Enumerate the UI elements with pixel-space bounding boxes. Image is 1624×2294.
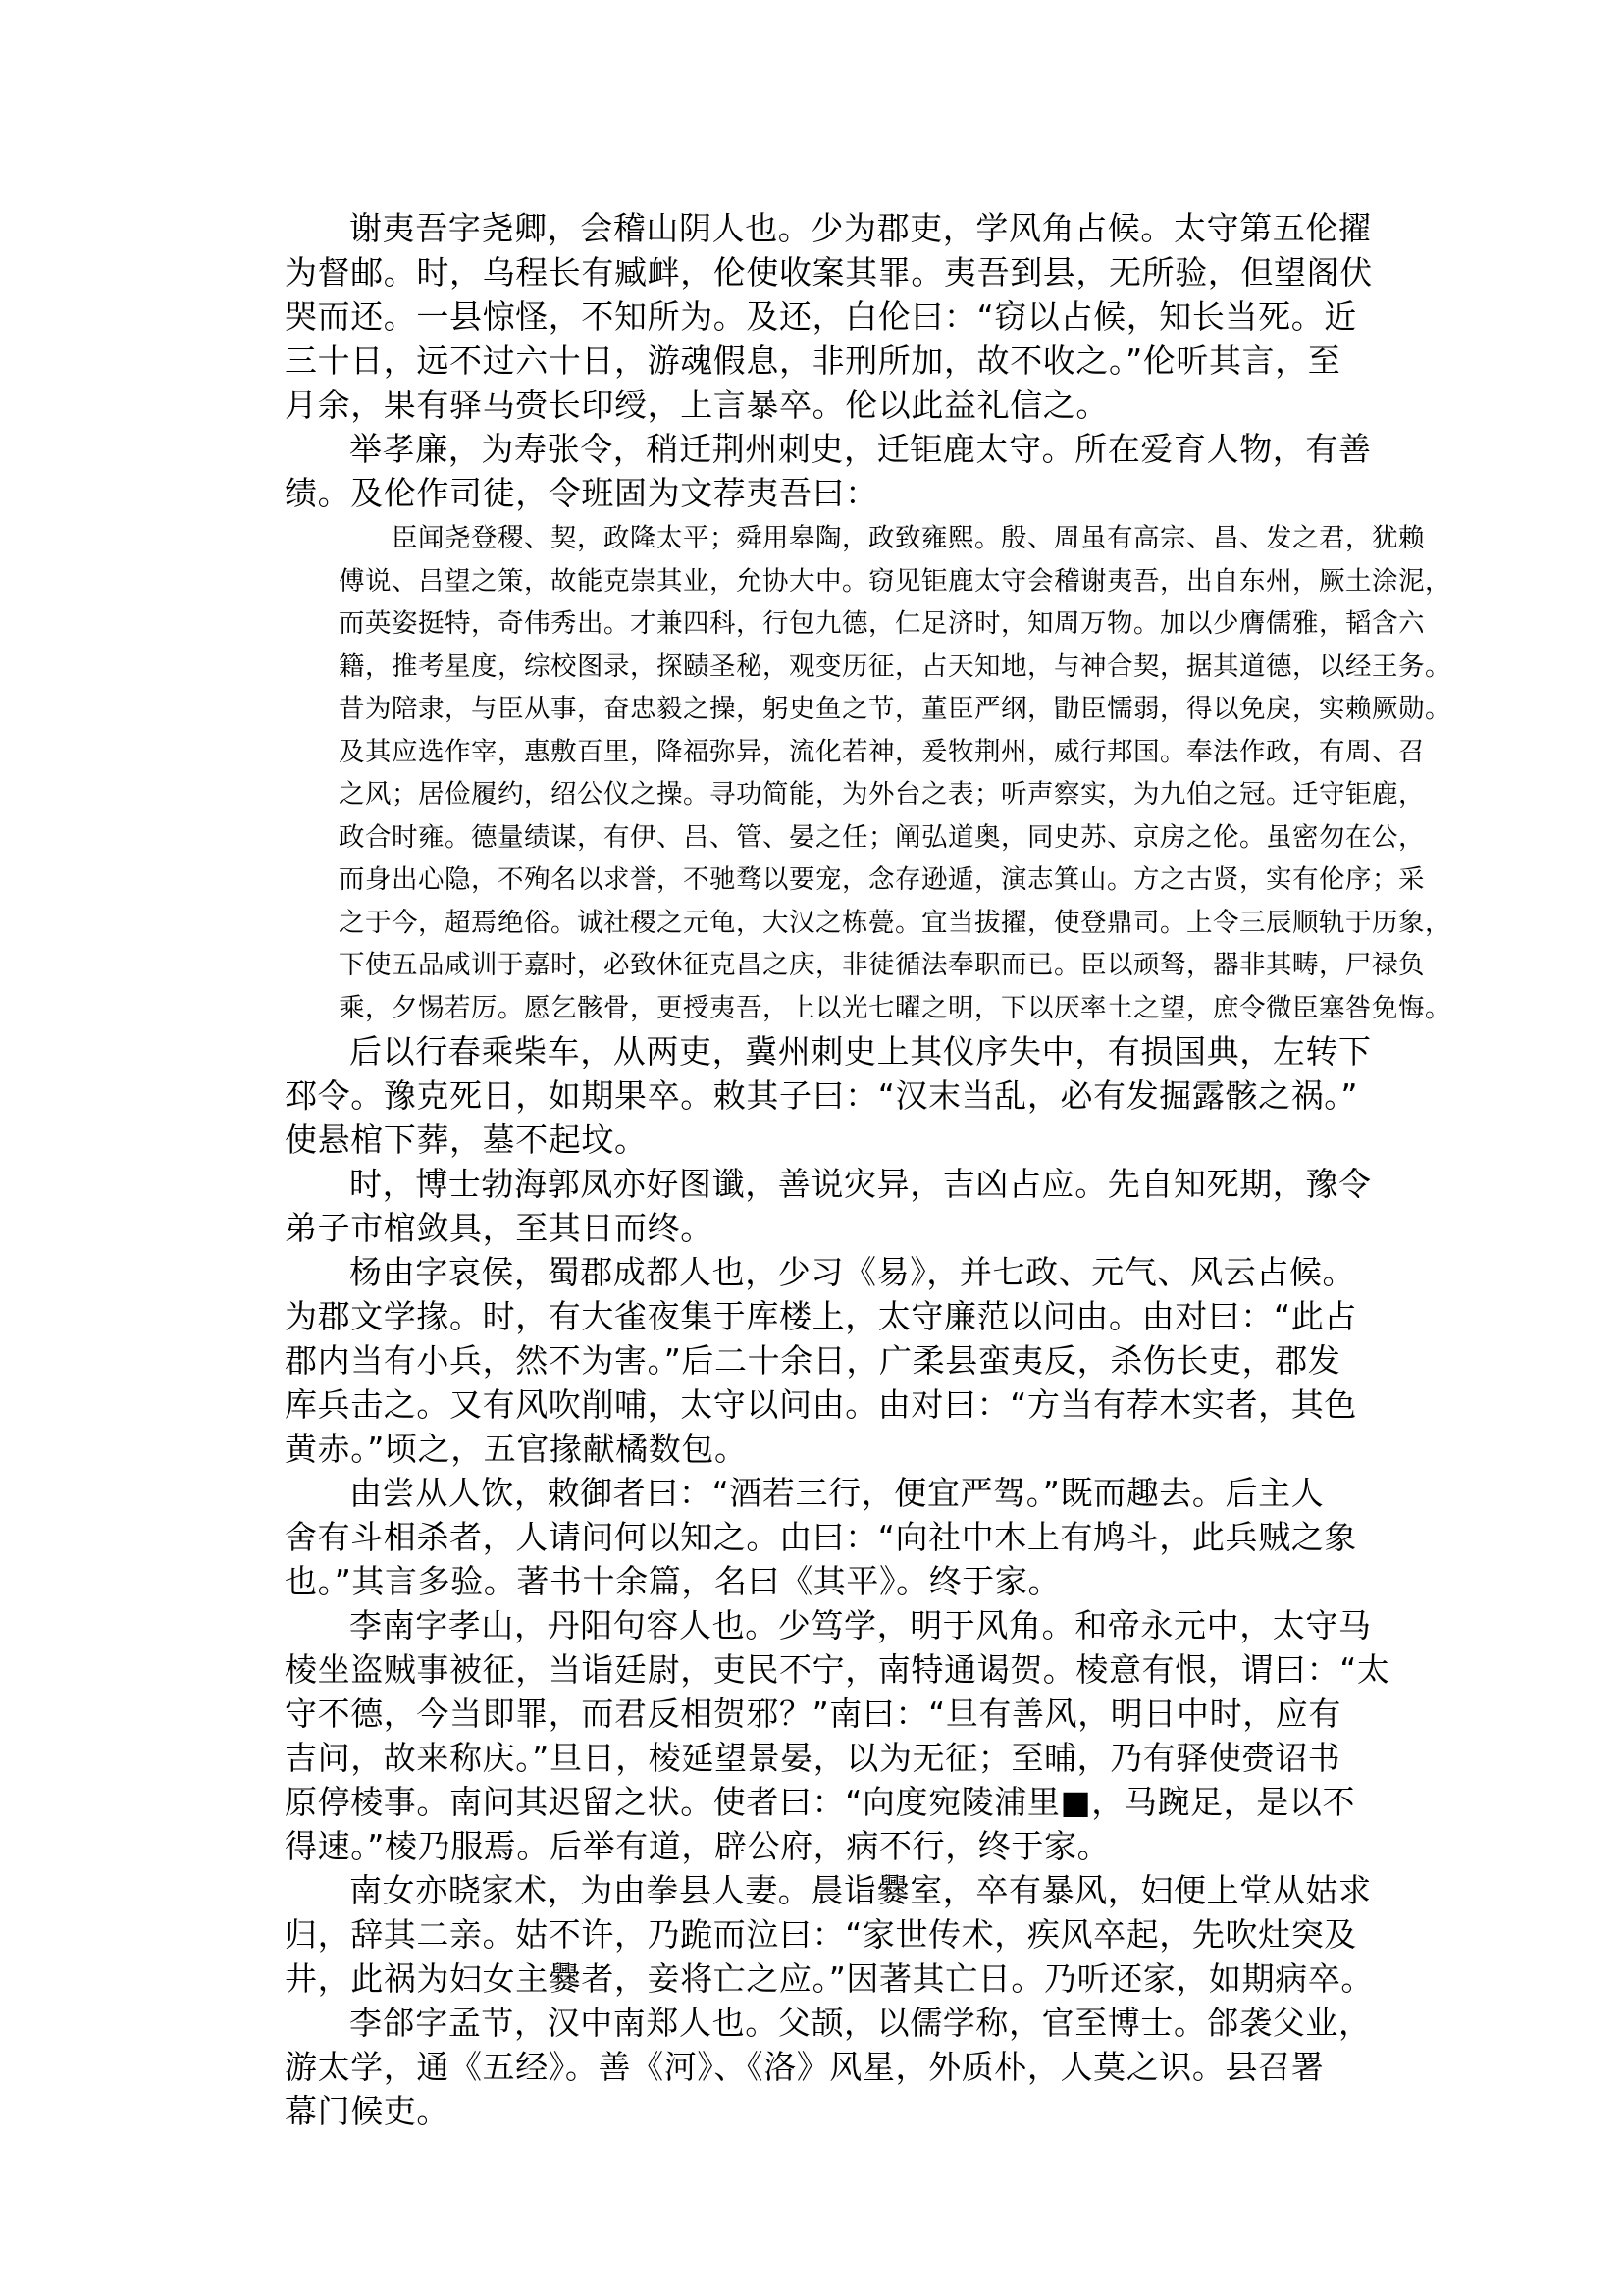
quote-line: 傅说、吕望之策，故能克崇其业，允协大中。窃见钜鹿太守会稽谢夷吾，出自东州，厥土涂…: [339, 560, 1359, 603]
text-line: 游太学，通《五经》。善《河》、《洛》风星，外质朴，人莫之识。县召署: [285, 2045, 1359, 2089]
paragraph-xie-yiwu-intro: 谢夷吾字尧卿，会稽山阴人也。少为郡吏，学风角占候。太守第五伦擢 为督邮。时，乌程…: [285, 206, 1359, 427]
text-line: 黄赤。”顷之，五官掾献橘数包。: [285, 1427, 1359, 1471]
text-line: 邳令。豫克死日，如期果卒。敕其子曰：“汉末当乱，必有发掘露骸之祸。”: [285, 1073, 1359, 1118]
text-line: 原停棱事。南问其迟留之状。使者曰：“向度宛陵浦里■，马踠足，是以不: [285, 1780, 1359, 1824]
text-line: 举孝廉，为寿张令，稍迁荆州刺史，迁钜鹿太守。所在爱育人物，有善: [285, 427, 1359, 471]
text-line: 弟子市棺敛具，至其日而终。: [285, 1206, 1359, 1250]
text-line: 守不德，今当即罪，而君反相贺邪？”南曰：“旦有善风，明日中时，应有: [285, 1692, 1359, 1736]
text-line: 南女亦晓家术，为由拳县人妻。晨诣爨室，卒有暴风，妇便上堂从姑求: [285, 1868, 1359, 1912]
paragraph-xie-yiwu-career: 举孝廉，为寿张令，稍迁荆州刺史，迁钜鹿太守。所在爱育人物，有善 绩。及伦作司徒，…: [285, 427, 1359, 515]
text-line: 李南字孝山，丹阳句容人也。少笃学，明于风角。和帝永元中，太守马: [285, 1603, 1359, 1647]
paragraph-li-he: 李郃字孟节，汉中南郑人也。父颉，以儒学称，官至博士。郃袭父业， 游太学，通《五经…: [285, 2001, 1359, 2133]
quote-line: 之风；居俭履约，绍公仪之操。寻功简能，为外台之表；听声察实，为九伯之冠。迁守钜鹿…: [339, 773, 1359, 816]
quote-line: 籍，推考星度，综校图录，探赜圣秘，观变历征，占天知地，与神合契，据其道德，以经王…: [339, 646, 1359, 689]
paragraph-yang-you: 杨由字哀侯，蜀郡成都人也，少习《易》，并七政、元气、风云占候。 为郡文学掾。时，…: [285, 1250, 1359, 1471]
quote-line: 昔为陪隶，与臣从事，奋忠毅之操，躬史鱼之节，董臣严纲，勖臣懦弱，得以免戾，实赖厥…: [339, 688, 1359, 731]
text-line: 井，此祸为妇女主爨者，妾将亡之应。”因著其亡日。乃听还家，如期病卒。: [285, 1956, 1359, 2001]
quote-line: 之于今，超焉绝俗。诚社稷之元龟，大汉之栋甍。宜当拔擢，使登鼎司。上令三辰顺轨于历…: [339, 902, 1359, 945]
text-line: 哭而还。一县惊怪，不知所为。及还，白伦曰：“窃以占候，知长当死。近: [285, 294, 1359, 339]
document-page: 谢夷吾字尧卿，会稽山阴人也。少为郡吏，学风角占候。太守第五伦擢 为督邮。时，乌程…: [285, 206, 1359, 2133]
text-line: 由尝从人饮，敕御者曰：“酒若三行，便宜严驾。”既而趣去。后主人: [285, 1471, 1359, 1515]
text-line: 为督邮。时，乌程长有臧衅，伦使收案其罪。夷吾到县，无所验，但望阁伏: [285, 250, 1359, 294]
paragraph-demotion-and-death: 后以行春乘柴车，从两吏，冀州刺史上其仪序失中，有损国典，左转下 邳令。豫克死日，…: [285, 1029, 1359, 1162]
text-line: 得速。”棱乃服焉。后举有道，辟公府，病不行，终于家。: [285, 1824, 1359, 1868]
text-line: 吉问，故来称庆。”旦日，棱延望景晏，以为无征；至晡，乃有驿使赍诏书: [285, 1736, 1359, 1780]
text-line: 幕门候吏。: [285, 2089, 1359, 2133]
paragraph-guo-feng: 时，博士勃海郭凤亦好图谶，善说灾异，吉凶占应。先自知死期，豫令 弟子市棺敛具，至…: [285, 1162, 1359, 1250]
text-line: 舍有斗相杀者，人请问何以知之。由曰：“向社中木上有鸠斗，此兵贼之象: [285, 1515, 1359, 1559]
text-line: 郡内当有小兵，然不为害。”后二十余日，广柔县蛮夷反，杀伤长吏，郡发: [285, 1338, 1359, 1382]
paragraph-yang-you-drinking: 由尝从人饮，敕御者曰：“酒若三行，便宜严驾。”既而趣去。后主人 舍有斗相杀者，人…: [285, 1471, 1359, 1603]
text-line: 后以行春乘柴车，从两吏，冀州刺史上其仪序失中，有损国典，左转下: [285, 1029, 1359, 1073]
quote-line: 而身出心隐，不殉名以求誉，不驰骛以要宠，念存逊遁，演志箕山。方之古贤，实有伦序；…: [339, 859, 1359, 902]
text-line: 也。”其言多验。著书十余篇，名曰《其平》。终于家。: [285, 1559, 1359, 1603]
text-line: 杨由字哀侯，蜀郡成都人也，少习《易》，并七政、元气、风云占候。: [285, 1250, 1359, 1294]
quote-line: 而英姿挺特，奇伟秀出。才兼四科，行包九德，仁足济时，知周万物。加以少膺儒雅，韬含…: [339, 602, 1359, 646]
text-line: 绩。及伦作司徒，令班固为文荐夷吾曰：: [285, 471, 1359, 515]
text-line: 为郡文学掾。时，有大雀夜集于库楼上，太守廉范以问由。由对曰：“此占: [285, 1294, 1359, 1338]
text-line: 月余，果有驿马赍长印绶，上言暴卒。伦以此益礼信之。: [285, 383, 1359, 427]
text-line: 使悬棺下葬，墓不起坟。: [285, 1118, 1359, 1162]
paragraph-li-nan: 李南字孝山，丹阳句容人也。少笃学，明于风角。和帝永元中，太守马 棱坐盗贼事被征，…: [285, 1603, 1359, 1868]
block-quote-ban-gu-memorial: 臣闻尧登稷、契，政隆太平；舜用皋陶，政致雍熙。殷、周虽有高宗、昌、发之君，犹赖 …: [339, 515, 1359, 1029]
text-line: 谢夷吾字尧卿，会稽山阴人也。少为郡吏，学风角占候。太守第五伦擢: [285, 206, 1359, 250]
quote-line: 乘，夕惕若厉。愿乞骸骨，更授夷吾，上以光七曜之明，下以厌率土之望，庶令微臣塞咎免…: [339, 987, 1359, 1030]
quote-line: 及其应选作宰，惠敷百里，降福弥异，流化若神，爰牧荆州，威行邦国。奉法作政，有周、…: [339, 731, 1359, 774]
quote-line: 下使五品咸训于嘉时，必致休征克昌之庆，非徒循法奉职而已。臣以顽驽，器非其畴，尸禄…: [339, 944, 1359, 987]
quote-line: 臣闻尧登稷、契，政隆太平；舜用皋陶，政致雍熙。殷、周虽有高宗、昌、发之君，犹赖: [339, 517, 1359, 560]
text-line: 棱坐盗贼事被征，当诣廷尉，吏民不宁，南特通谒贺。棱意有恨，谓曰：“太: [285, 1647, 1359, 1692]
text-line: 归，辞其二亲。姑不许，乃跪而泣曰：“家世传术，疾风卒起，先吹灶突及: [285, 1912, 1359, 1956]
paragraph-li-nan-daughter: 南女亦晓家术，为由拳县人妻。晨诣爨室，卒有暴风，妇便上堂从姑求 归，辞其二亲。姑…: [285, 1868, 1359, 2001]
quote-line: 政合时雍。德量绩谋，有伊、吕、管、晏之任；阐弘道奥，同史苏、京房之伦。虽密勿在公…: [339, 816, 1359, 860]
text-line: 李郃字孟节，汉中南郑人也。父颉，以儒学称，官至博士。郃袭父业，: [285, 2001, 1359, 2045]
text-line: 库兵击之。又有风吹削哺，太守以问由。由对曰：“方当有荐木实者，其色: [285, 1382, 1359, 1427]
text-line: 时，博士勃海郭凤亦好图谶，善说灾异，吉凶占应。先自知死期，豫令: [285, 1162, 1359, 1206]
text-line: 三十日，远不过六十日，游魂假息，非刑所加，故不收之。”伦听其言，至: [285, 339, 1359, 383]
